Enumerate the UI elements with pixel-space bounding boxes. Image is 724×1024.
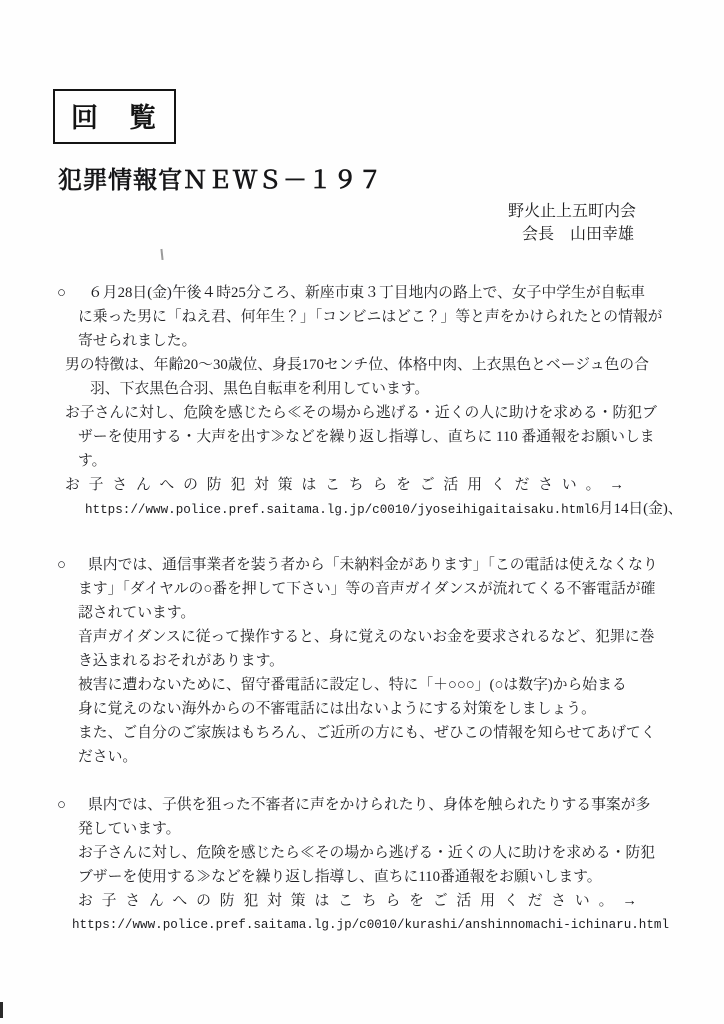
body-line: ○６月28日(金)午後４時25分ころ、新座市東３丁目地内の路上で、女子中学生が自… bbox=[57, 281, 707, 305]
cta-line: お子さんへの防犯対策はこちらをご活用ください。→ bbox=[57, 889, 707, 913]
issuer-block: 野火止上五町内会 会長 山田幸雄 bbox=[508, 200, 636, 246]
issuer-representative: 会長 山田幸雄 bbox=[508, 223, 636, 246]
body-line: ださい。 bbox=[57, 745, 707, 769]
body-line: き込まれるおそれがあります。 bbox=[57, 649, 707, 673]
body-line: 寄せられました。 bbox=[57, 329, 707, 353]
body-line: 認されています。 bbox=[57, 601, 707, 625]
body-line: 男の特徴は、年齢20〜30歳位、身長170センチ位、体格中肉、上衣黒色とベージュ… bbox=[57, 353, 707, 377]
scan-artifact-corner bbox=[0, 1002, 3, 1018]
police-url: https://www.police.pref.saitama.lg.jp/c0… bbox=[85, 503, 591, 517]
body-line-text: 県内では、通信事業者を装う者から「未納料金があります」「この電話は使えなくなり bbox=[88, 557, 658, 573]
scan-artifact-tick bbox=[160, 249, 163, 260]
body-line: 羽、下衣黒色合羽、黒色自転車を利用しています。 bbox=[57, 377, 707, 401]
bullet-marker: ○ bbox=[57, 793, 88, 817]
url-line: https://www.police.pref.saitama.lg.jp/c0… bbox=[57, 497, 707, 521]
body-line: 発しています。 bbox=[57, 817, 707, 841]
url-line: https://www.police.pref.saitama.lg.jp/c0… bbox=[57, 913, 707, 937]
body-line-text: ６月28日(金)午後４時25分ころ、新座市東３丁目地内の路上で、女子中学生が自転… bbox=[88, 285, 645, 301]
body-line: お子さんに対し、危険を感じたら≪その場から逃げる・近くの人に助けを求める・防犯 bbox=[57, 841, 707, 865]
body-line: 被害に遭わないために、留守番電話に設定し、特に「＋○○○」(○は数字)から始まる bbox=[57, 673, 707, 697]
url-date-suffix: 6月14日(金)、 bbox=[591, 501, 682, 517]
body-line: に乗った男に「ねえ君、何年生？」「コンビニはどこ？」等と声をかけられたとの情報が bbox=[57, 305, 707, 329]
body-line: ブザーを使用する≫などを繰り返し指導し、直ちに110番通報をお願いします。 bbox=[57, 865, 707, 889]
section-incident-report: ○６月28日(金)午後４時25分ころ、新座市東３丁目地内の路上で、女子中学生が自… bbox=[57, 281, 707, 521]
kairan-stamp-label: 回 覧 bbox=[71, 103, 158, 133]
body-line: ○県内では、通信事業者を装う者から「未納料金があります」「この電話は使えなくなり bbox=[57, 553, 707, 577]
body-line: す。 bbox=[57, 449, 707, 473]
body-line: ます」「ダイヤルの○番を押して下さい」等の音声ガイダンスが流れてくる不審電話が確 bbox=[57, 577, 707, 601]
cta-line: お子さんへの防犯対策はこちらをご活用ください。→ bbox=[57, 473, 707, 497]
body-line: 音声ガイダンスに従って操作すると、身に覚えのないお金を要求されるなど、犯罪に巻 bbox=[57, 625, 707, 649]
body-line: ザーを使用する・大声を出す≫などを繰り返し指導し、直ちに 110 番通報をお願い… bbox=[57, 425, 707, 449]
document-title: 犯罪情報官ＮＥＷＳ－１９７ bbox=[58, 160, 383, 195]
bullet-marker: ○ bbox=[57, 553, 88, 577]
body-line: 身に覚えのない海外からの不審電話には出ないようにする対策をしましょう。 bbox=[57, 697, 707, 721]
section-child-safety: ○県内では、子供を狙った不審者に声をかけられたり、身体を触られたりする事案が多 … bbox=[57, 793, 707, 937]
body-line-text: 県内では、子供を狙った不審者に声をかけられたり、身体を触られたりする事案が多 bbox=[88, 797, 650, 813]
scanned-document-page: 回 覧 犯罪情報官ＮＥＷＳ－１９７ 野火止上五町内会 会長 山田幸雄 ○６月28… bbox=[0, 0, 724, 1024]
body-line: ○県内では、子供を狙った不審者に声をかけられたり、身体を触られたりする事案が多 bbox=[57, 793, 707, 817]
kairan-stamp: 回 覧 bbox=[53, 89, 176, 144]
issuer-organization: 野火止上五町内会 bbox=[508, 200, 636, 223]
bullet-marker: ○ bbox=[57, 281, 88, 305]
body-line: お子さんに対し、危険を感じたら≪その場から逃げる・近くの人に助けを求める・防犯ブ bbox=[57, 401, 707, 425]
body-line: また、ご自分のご家族はもちろん、ご近所の方にも、ぜひこの情報を知らせてあげてく bbox=[57, 721, 707, 745]
section-phone-scam: ○県内では、通信事業者を装う者から「未納料金があります」「この電話は使えなくなり… bbox=[57, 553, 707, 769]
